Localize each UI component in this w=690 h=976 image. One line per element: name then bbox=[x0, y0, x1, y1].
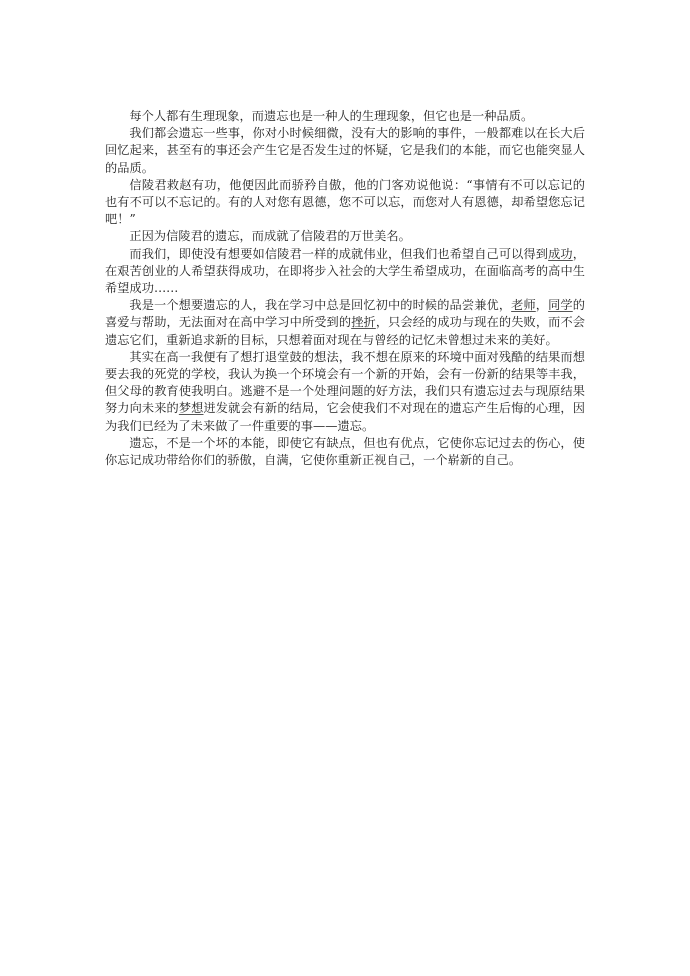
paragraph-text: 我们都会遗忘一些事，你对小时候细微，没有大的影响的事件，一般都难以在长大后回忆起… bbox=[105, 126, 585, 174]
paragraph-6: 我是一个想要遗忘的人，我在学习中总是回忆初中的时候的品尝兼优，老师，同学的喜爱与… bbox=[105, 297, 585, 349]
link-setback[interactable]: 挫折 bbox=[351, 315, 376, 329]
paragraph-4: 正因为信陵君的遗忘，而成就了信陵君的万世美名。 bbox=[105, 228, 585, 245]
paragraph-7: 其实在高一我便有了想打退堂鼓的想法，我不想在原来的环境中面对残酷的结果而想要去我… bbox=[105, 349, 585, 435]
link-success[interactable]: 成功 bbox=[548, 247, 573, 261]
paragraph-5: 而我们，即使没有想要如信陵君一样的成就伟业，但我们也希望自己可以得到成功，在艰苦… bbox=[105, 246, 585, 298]
paragraph-text: ， bbox=[536, 298, 548, 312]
paragraph-1: 每个人都有生理现象，而遗忘也是一种人的生理现象，但它也是一种品质。 bbox=[105, 108, 585, 125]
paragraph-text: 信陵君救赵有功，他便因此而骄矜自傲，他的门客劝说他说：“事情有不可以忘记的也有不… bbox=[105, 178, 585, 226]
link-dream[interactable]: 梦想 bbox=[179, 401, 204, 415]
paragraph-text: 正因为信陵君的遗忘，而成就了信陵君的万世美名。 bbox=[129, 229, 410, 243]
link-teacher[interactable]: 老师 bbox=[511, 298, 536, 312]
paragraph-text: 而我们，即使没有想要如信陵君一样的成就伟业，但我们也希望自己可以得到 bbox=[129, 247, 548, 261]
paragraph-8: 遗忘，不是一个坏的本能，即使它有缺点，但也有优点，它使你忘记过去的伤心，使你忘记… bbox=[105, 435, 585, 469]
link-classmate[interactable]: 同学 bbox=[548, 298, 573, 312]
document-page: 每个人都有生理现象，而遗忘也是一种人的生理现象，但它也是一种品质。 我们都会遗忘… bbox=[105, 108, 585, 469]
paragraph-text: 我是一个想要遗忘的人，我在学习中总是回忆初中的时候的品尝兼优， bbox=[129, 298, 511, 312]
paragraph-text: 遗忘，不是一个坏的本能，即使它有缺点，但也有优点，它使你忘记过去的伤心，使你忘记… bbox=[105, 436, 585, 467]
paragraph-2: 我们都会遗忘一些事，你对小时候细微，没有大的影响的事件，一般都难以在长大后回忆起… bbox=[105, 125, 585, 177]
paragraph-3: 信陵君救赵有功，他便因此而骄矜自傲，他的门客劝说他说：“事情有不可以忘记的也有不… bbox=[105, 177, 585, 229]
paragraph-text: 每个人都有生理现象，而遗忘也是一种人的生理现象，但它也是一种品质。 bbox=[129, 109, 533, 123]
